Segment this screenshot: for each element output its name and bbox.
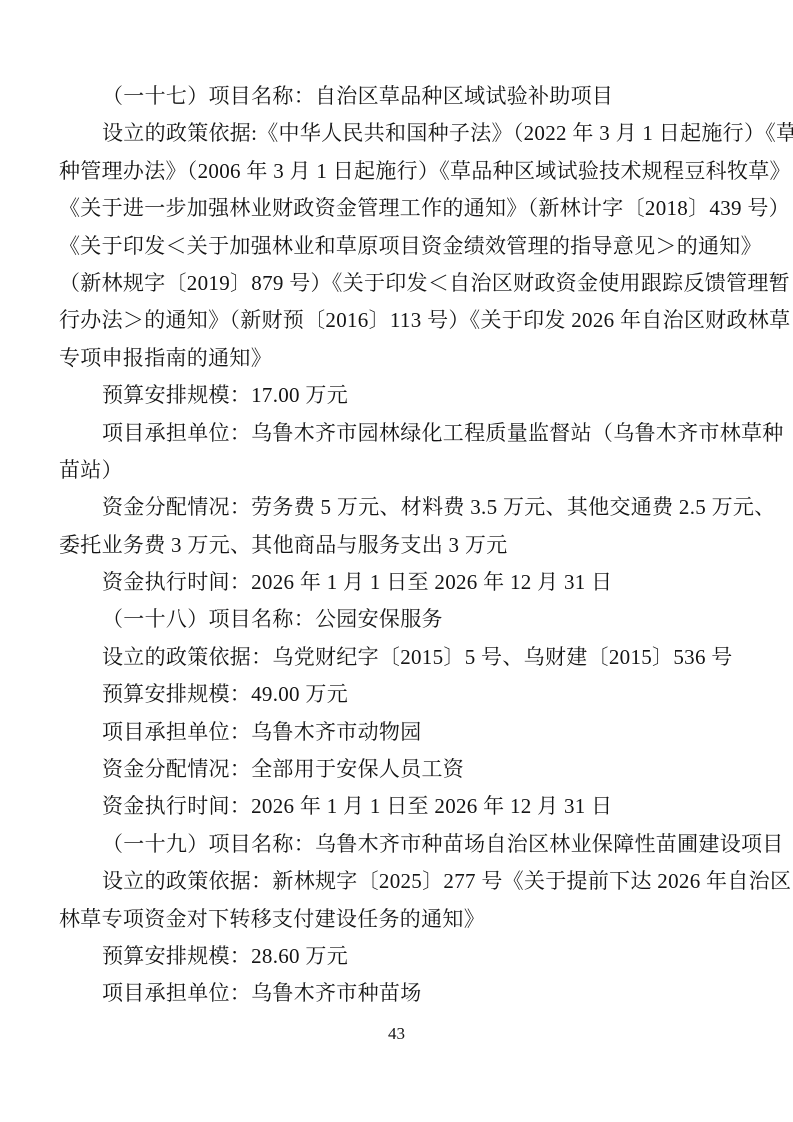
text-line: 《关于印发＜关于加强林业和草原项目资金绩效管理的指导意见＞的通知》 [59, 228, 737, 265]
text-line: 项目承担单位：乌鲁木齐市动物园 [59, 714, 737, 751]
text-line: 设立的政策依据:《中华人民共和国种子法》（2022 年 3 月 1 日起施行）《… [59, 115, 737, 152]
text-line: （一十九）项目名称：乌鲁木齐市种苗场自治区林业保障性苗圃建设项目 [59, 826, 737, 863]
text-line: 设立的政策依据：乌党财纪字〔2015〕5 号、乌财建〔2015〕536 号 [59, 639, 737, 676]
text-line: 《关于进一步加强林业财政资金管理工作的通知》（新林计字〔2018〕439 号） [59, 190, 737, 227]
text-line: （一十七）项目名称：自治区草品种区域试验补助项目 [59, 78, 737, 115]
text-line: 资金分配情况：劳务费 5 万元、材料费 3.5 万元、其他交通费 2.5 万元、 [59, 489, 737, 526]
text-line: （一十八）项目名称：公园安保服务 [59, 601, 737, 638]
text-line: 资金执行时间：2026 年 1 月 1 日至 2026 年 12 月 31 日 [59, 564, 737, 601]
text-line: 苗站） [59, 452, 737, 489]
text-line: 设立的政策依据：新林规字〔2025〕277 号《关于提前下达 2026 年自治区 [59, 863, 737, 900]
page-number: 43 [0, 1023, 793, 1045]
text-line: 预算安排规模：49.00 万元 [59, 676, 737, 713]
text-line: 项目承担单位：乌鲁木齐市种苗场 [59, 975, 737, 1012]
text-line: 行办法＞的通知》（新财预〔2016〕113 号）《关于印发 2026 年自治区财… [59, 302, 737, 339]
text-line: 预算安排规模：28.60 万元 [59, 938, 737, 975]
text-line: 资金分配情况：全部用于安保人员工资 [59, 751, 737, 788]
text-line: 项目承担单位：乌鲁木齐市园林绿化工程质量监督站（乌鲁木齐市林草种 [59, 415, 737, 452]
document-page: （一十七）项目名称：自治区草品种区域试验补助项目 设立的政策依据:《中华人民共和… [0, 0, 793, 1122]
text-line: 委托业务费 3 万元、其他商品与服务支出 3 万元 [59, 527, 737, 564]
text-line: 预算安排规模：17.00 万元 [59, 377, 737, 414]
text-line: （新林规字〔2019〕879 号）《关于印发＜自治区财政资金使用跟踪反馈管理暂 [59, 265, 737, 302]
text-line: 林草专项资金对下转移支付建设任务的通知》 [59, 901, 737, 938]
text-line: 种管理办法》（2006 年 3 月 1 日起施行）《草品种区域试验技术规程豆科牧… [59, 153, 737, 190]
document-body: （一十七）项目名称：自治区草品种区域试验补助项目 设立的政策依据:《中华人民共和… [59, 78, 737, 1013]
text-line: 专项申报指南的通知》 [59, 340, 737, 377]
text-line: 资金执行时间：2026 年 1 月 1 日至 2026 年 12 月 31 日 [59, 788, 737, 825]
